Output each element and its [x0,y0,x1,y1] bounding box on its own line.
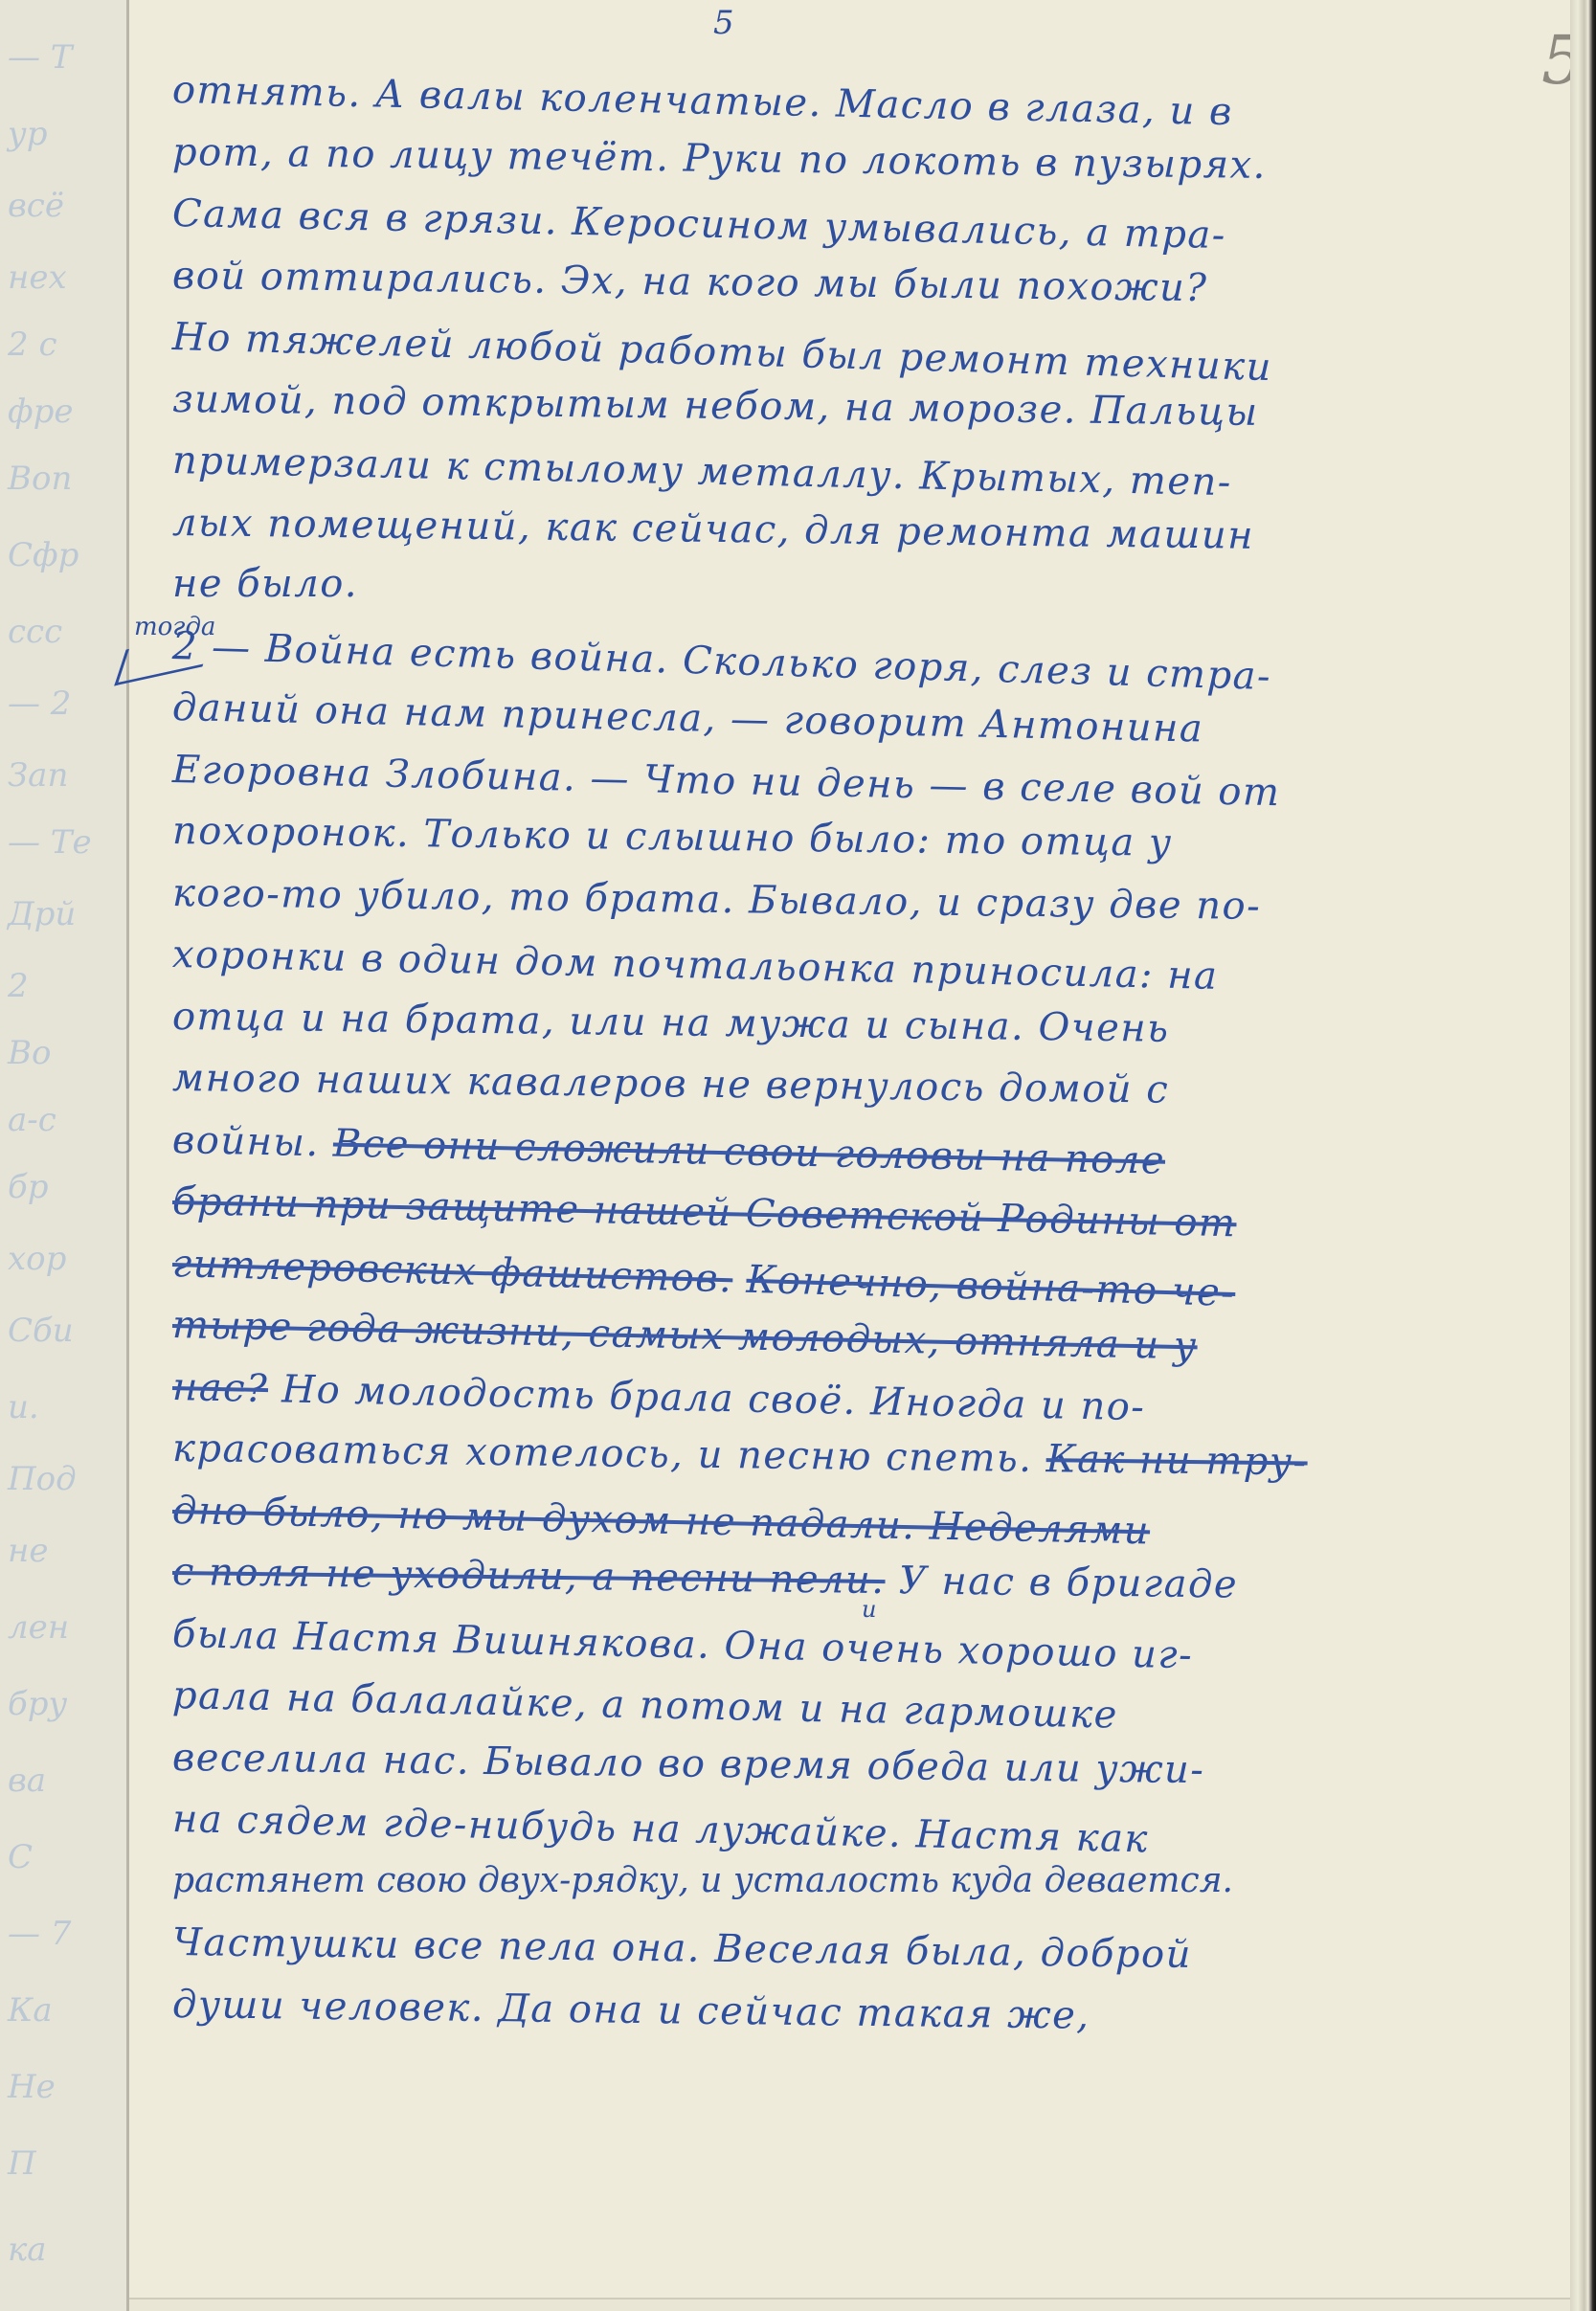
page-edge-stack [1570,0,1596,2311]
manuscript-text: отнять. А валы коленчатые. Масло в глаза… [172,59,1541,2035]
adjacent-page-bleed: — Т ур всё нех 2 с фре Воп Сфр ссс — 2 З… [0,0,129,2311]
struck-text: Все они сложили свои головы на поле [332,1121,1165,1182]
page-number-top: 5 [713,4,734,42]
